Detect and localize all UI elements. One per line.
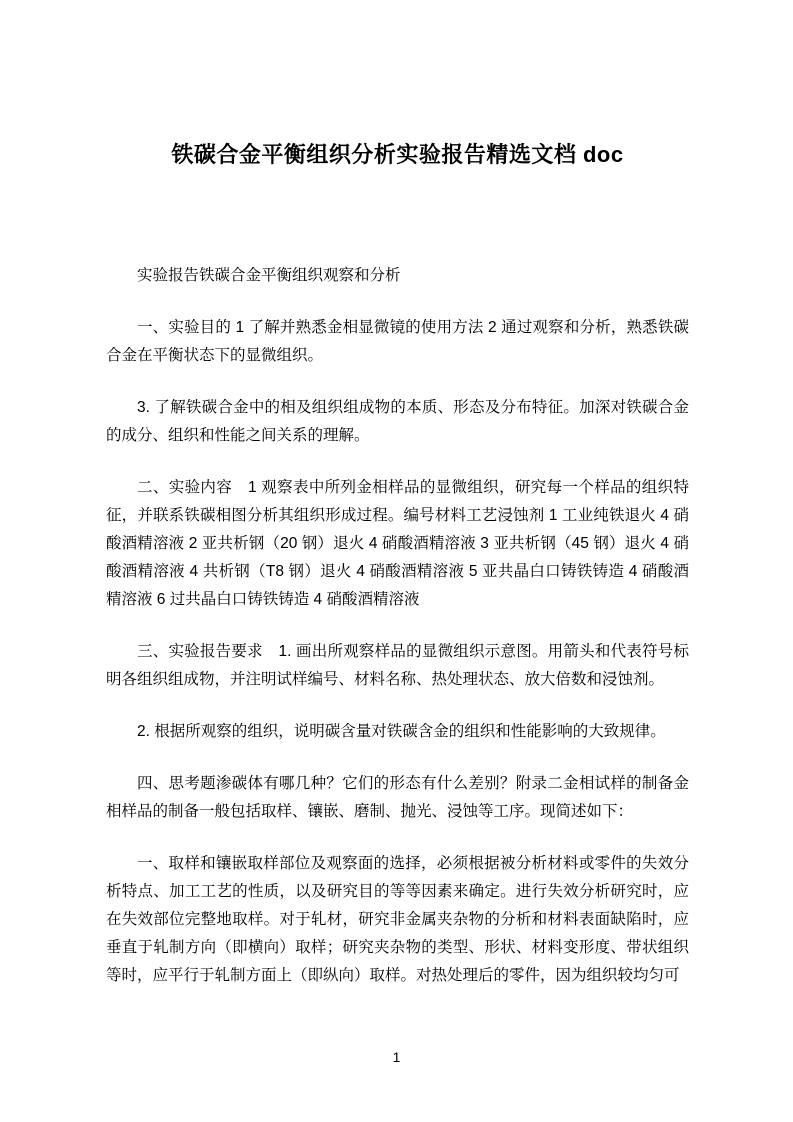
page-number: 1: [0, 1048, 793, 1066]
document-page: 铁碳合金平衡组织分析实验报告精选文档 doc 实验报告铁碳合金平衡组织观察和分析…: [0, 0, 793, 1122]
paragraph-experiment-purpose: 一、实验目的 1 了解并熟悉金相显微镜的使用方法 2 通过观察和分析，熟悉铁碳合…: [106, 314, 689, 370]
paragraph-questions: 四、思考题渗碳体有哪几种？它们的形态有什么差别？附录二金相试样的制备金相样品的制…: [106, 770, 689, 826]
paragraph-requirement-item-2: 2. 根据所观察的组织，说明碳含量对铁碳含金的组织和性能影响的大致规律。: [106, 718, 689, 746]
paragraph-experiment-content: 二、实验内容 1 观察表中所列金相样品的显微组织，研究每一个样品的组织特征，并联…: [106, 474, 689, 614]
paragraph-purpose-item-3: 3. 了解铁碳合金中的相及组织组成物的本质、形态及分布特征。加深对铁碳合金的成分…: [106, 394, 689, 450]
document-body: 实验报告铁碳合金平衡组织观察和分析 一、实验目的 1 了解并熟悉金相显微镜的使用…: [106, 262, 689, 990]
paragraph-report-heading: 实验报告铁碳合金平衡组织观察和分析: [106, 262, 689, 290]
paragraph-report-requirements: 三、实验报告要求 1. 画出所观察样品的显微组织示意图。用箭头和代表符号标明各组…: [106, 638, 689, 694]
document-title: 铁碳合金平衡组织分析实验报告精选文档 doc: [106, 140, 689, 170]
paragraph-sampling: 一、取样和镶嵌取样部位及观察面的选择，必须根据被分析材料或零件的失效分析特点、加…: [106, 850, 689, 990]
